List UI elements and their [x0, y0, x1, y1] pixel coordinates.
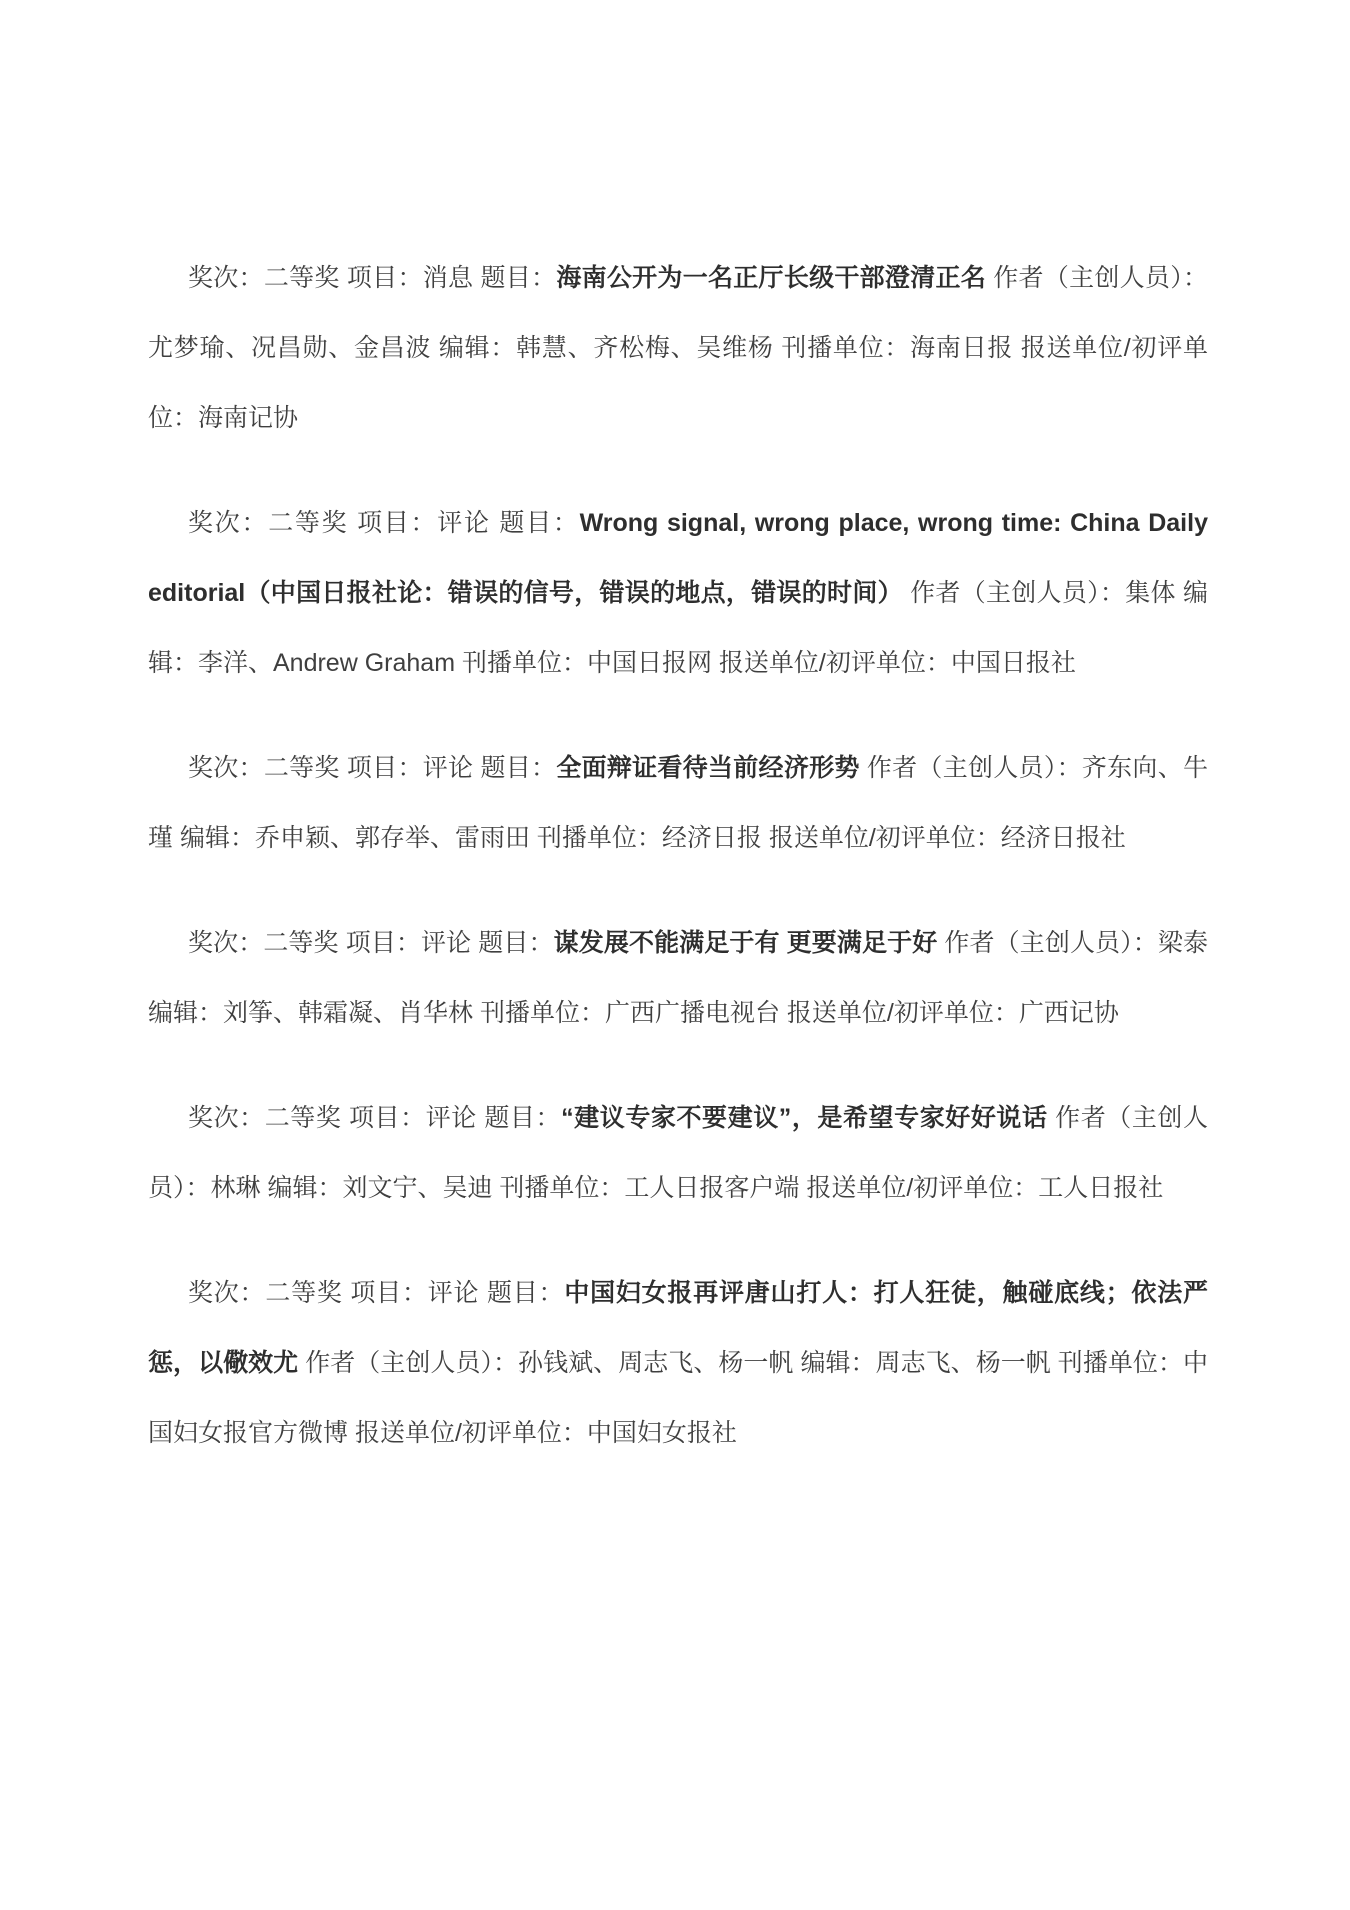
award-entry-lead: 奖次：二等奖 项目：评论 题目：: [188, 1279, 564, 1307]
award-entry-lead: 奖次：二等奖 项目：评论 题目：: [188, 754, 556, 782]
award-entry-lead: 奖次：二等奖 项目：评论 题目：: [188, 1104, 561, 1132]
award-entry: 奖次：二等奖 项目：评论 题目：“建议专家不要建议”，是希望专家好好说话 作者（…: [148, 1083, 1208, 1223]
award-entry: 奖次：二等奖 项目：评论 题目：Wrong signal, wrong plac…: [148, 488, 1208, 698]
award-entry: 奖次：二等奖 项目：评论 题目：谋发展不能满足于有 更要满足于好 作者（主创人员…: [148, 908, 1208, 1048]
award-entry: 奖次：二等奖 项目：评论 题目：全面辩证看待当前经济形势 作者（主创人员）：齐东…: [148, 733, 1208, 873]
document-page: 奖次：二等奖 项目：消息 题目：海南公开为一名正厅长级干部澄清正名 作者（主创人…: [0, 0, 1350, 1910]
award-entry-title: 海南公开为一名正厅长级干部澄清正名: [556, 264, 986, 292]
award-entry-lead: 奖次：二等奖 项目：评论 题目：: [188, 929, 554, 957]
award-entry-details: 作者（主创人员）：孙钱斌、周志飞、杨一帆 编辑：周志飞、杨一帆 刊播单位：中国妇…: [148, 1349, 1208, 1447]
award-entry-lead: 奖次：二等奖 项目：评论 题目：: [188, 509, 580, 537]
award-entry: 奖次：二等奖 项目：消息 题目：海南公开为一名正厅长级干部澄清正名 作者（主创人…: [148, 243, 1208, 453]
award-entry-title: 谋发展不能满足于有 更要满足于好: [554, 929, 938, 957]
award-entry: 奖次：二等奖 项目：评论 题目：中国妇女报再评唐山打人：打人狂徒，触碰底线；依法…: [148, 1258, 1208, 1468]
award-entry-title: 全面辩证看待当前经济形势: [556, 754, 859, 782]
award-entry-title: “建议专家不要建议”，是希望专家好好说话: [561, 1104, 1048, 1132]
award-entry-lead: 奖次：二等奖 项目：消息 题目：: [188, 264, 556, 292]
